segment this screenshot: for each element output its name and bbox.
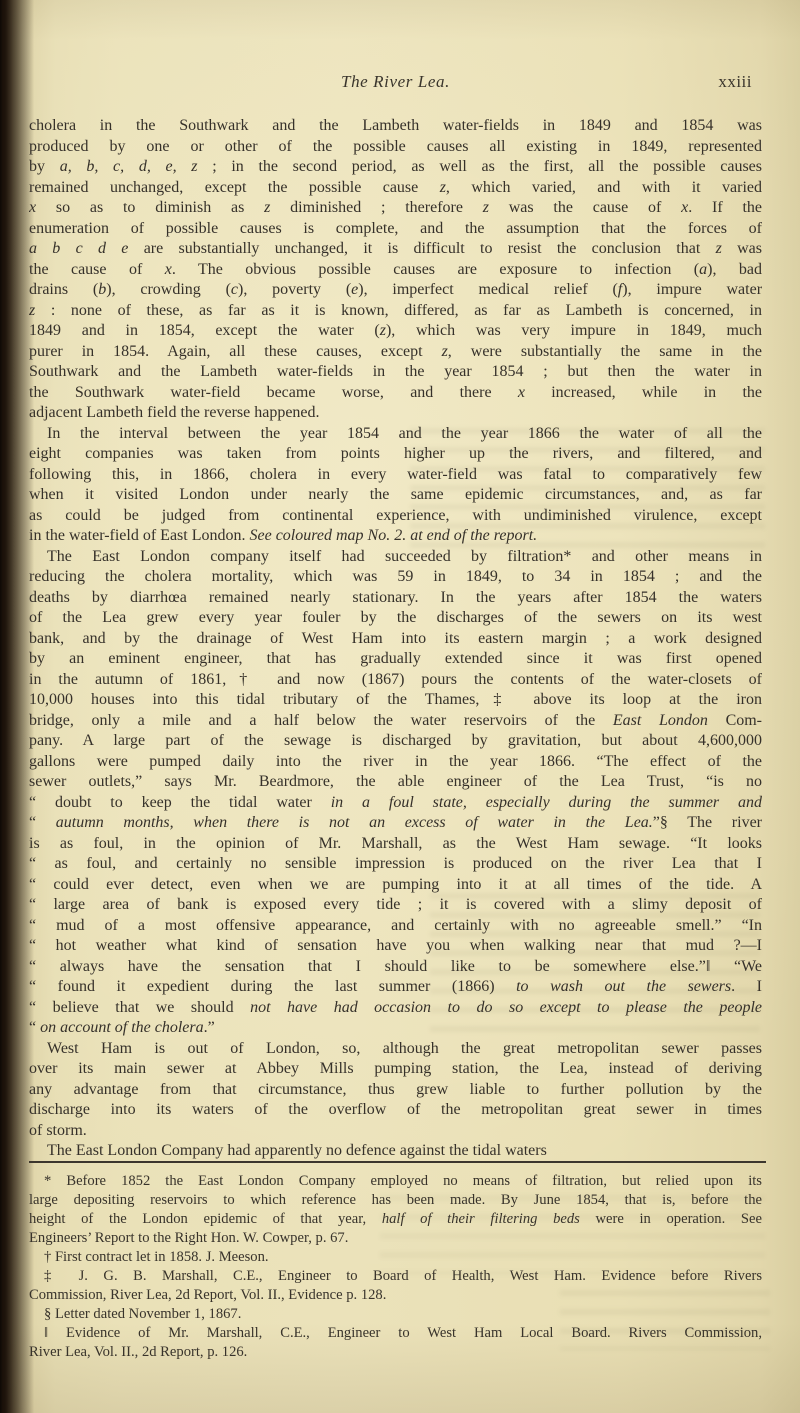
text-line: by an eminent engineer, that has gradual…: [29, 649, 762, 670]
text-line: “ large area of bank is exposed every ti…: [29, 895, 762, 916]
text-line: “ hot weather what kind of sensation hav…: [29, 936, 762, 957]
text-line: In the interval between the year 1854 an…: [29, 424, 762, 445]
text-line: “ autumn months, when there is not an ex…: [29, 813, 762, 834]
text-line: The East London company itself had succe…: [29, 547, 762, 568]
text-line: “ mud of a most offensive appearance, an…: [29, 916, 762, 937]
text-line: “ found it expedient during the last sum…: [29, 977, 762, 998]
page-number: xxiii: [718, 72, 752, 92]
text-line: over its main sewer at Abbey Mills pumpi…: [29, 1059, 762, 1080]
text-line: any advantage from that circumstance, th…: [29, 1080, 762, 1101]
book-page: The River Lea. xxiii cholera in the Sout…: [0, 0, 800, 1413]
text-line: River Lea, Vol. II., 2d Report, p. 126.: [29, 1343, 762, 1362]
text-line: drains (b), crowding (c), poverty (e), i…: [29, 280, 762, 301]
text-line: reducing the cholera mortality, which wa…: [29, 567, 762, 588]
footnote: § Letter dated November 1, 1867.: [29, 1305, 762, 1324]
text-line: “ on account of the cholera.”: [29, 1018, 762, 1039]
text-line: discharge into its waters of the overflo…: [29, 1100, 762, 1121]
text-line: is as foul, in the opinion of Mr. Marsha…: [29, 834, 762, 855]
text-line: gallons were pumped daily into the river…: [29, 752, 762, 773]
text-line: by a, b, c, d, e, z ; in the second peri…: [29, 157, 762, 178]
text-line: a b c d e are substantially unchanged, i…: [29, 239, 762, 260]
paragraph: The East London company itself had succe…: [29, 547, 762, 1039]
paragraph: In the interval between the year 1854 an…: [29, 424, 762, 547]
paragraph: cholera in the Southwark and the Lambeth…: [29, 116, 762, 424]
text-line: sewer outlets,” says Mr. Beardmore, the …: [29, 772, 762, 793]
text-line: x so as to diminish as z diminished ; th…: [29, 198, 762, 219]
text-line: adjacent Lambeth field the reverse happe…: [29, 403, 762, 424]
text-line: deaths by diarrhœa remained nearly stati…: [29, 588, 762, 609]
footnote: ‡ J. G. B. Marshall, C.E., Engineer to B…: [29, 1267, 762, 1305]
footnote: † First contract let in 1858. J. Meeson.: [29, 1248, 762, 1267]
text-line: enumeration of possible causes is comple…: [29, 219, 762, 240]
text-line: large depositing reservoirs to which ref…: [29, 1191, 762, 1210]
text-line: of storm.: [29, 1121, 762, 1142]
page-body: cholera in the Southwark and the Lambeth…: [29, 116, 762, 1162]
text-line: height of the London epidemic of that ye…: [29, 1210, 762, 1229]
text-line: 10,000 houses into this tidal tributary …: [29, 690, 762, 711]
text-line: § Letter dated November 1, 1867.: [29, 1305, 762, 1324]
text-line: “ doubt to keep the tidal water in a fou…: [29, 793, 762, 814]
text-line: as could be judged from continental expe…: [29, 506, 762, 527]
text-line: eight companies was taken from points hi…: [29, 444, 762, 465]
text-line: “ believe that we should not have had oc…: [29, 998, 762, 1019]
text-line: in the water-field of East London. See c…: [29, 526, 762, 547]
text-line: the Southwark water-field became worse, …: [29, 383, 762, 404]
footnote-separator: [29, 1161, 766, 1163]
text-line: “ always have the sensation that I shoul…: [29, 957, 762, 978]
text-line: bank, and by the drainage of West Ham in…: [29, 629, 762, 650]
text-line: when it visited London under nearly the …: [29, 485, 762, 506]
text-line: * Before 1852 the East London Company em…: [29, 1172, 762, 1191]
text-line: “ could ever detect, even when we are pu…: [29, 875, 762, 896]
running-title: The River Lea.: [29, 72, 762, 92]
text-line: Engineers’ Report to the Right Hon. W. C…: [29, 1229, 762, 1248]
text-line: of the Lea grew every year fouler by the…: [29, 608, 762, 629]
text-line: ‡ J. G. B. Marshall, C.E., Engineer to B…: [29, 1267, 762, 1286]
text-line: The East London Company had apparently n…: [29, 1141, 762, 1162]
footnote: ‖ Evidence of Mr. Marshall, C.E., Engine…: [29, 1324, 762, 1362]
text-line: ‖ Evidence of Mr. Marshall, C.E., Engine…: [29, 1324, 762, 1343]
footnotes: * Before 1852 the East London Company em…: [29, 1172, 762, 1362]
text-line: † First contract let in 1858. J. Meeson.: [29, 1248, 762, 1267]
text-line: remained unchanged, except the possible …: [29, 178, 762, 199]
text-line: cholera in the Southwark and the Lambeth…: [29, 116, 762, 137]
footnote: * Before 1852 the East London Company em…: [29, 1172, 762, 1248]
paragraph: The East London Company had apparently n…: [29, 1141, 762, 1162]
text-line: “ as foul, and certainly no sensible imp…: [29, 854, 762, 875]
text-line: following this, in 1866, cholera in ever…: [29, 465, 762, 486]
text-line: pany. A large part of the sewage is disc…: [29, 731, 762, 752]
text-line: purer in 1854. Again, all these causes, …: [29, 342, 762, 363]
text-line: Commission, River Lea, 2d Report, Vol. I…: [29, 1286, 762, 1305]
text-line: Southwark and the Lambeth water-fields i…: [29, 362, 762, 383]
text-line: in the autumn of 1861,† and now (1867) p…: [29, 670, 762, 691]
text-line: 1849 and in 1854, except the water (z), …: [29, 321, 762, 342]
text-line: z : none of these, as far as it is known…: [29, 301, 762, 322]
text-line: produced by one or other of the possible…: [29, 137, 762, 158]
paragraph: West Ham is out of London, so, although …: [29, 1039, 762, 1142]
text-line: the cause of x. The obvious possible cau…: [29, 260, 762, 281]
text-line: bridge, only a mile and a half below the…: [29, 711, 762, 732]
text-line: West Ham is out of London, so, although …: [29, 1039, 762, 1060]
